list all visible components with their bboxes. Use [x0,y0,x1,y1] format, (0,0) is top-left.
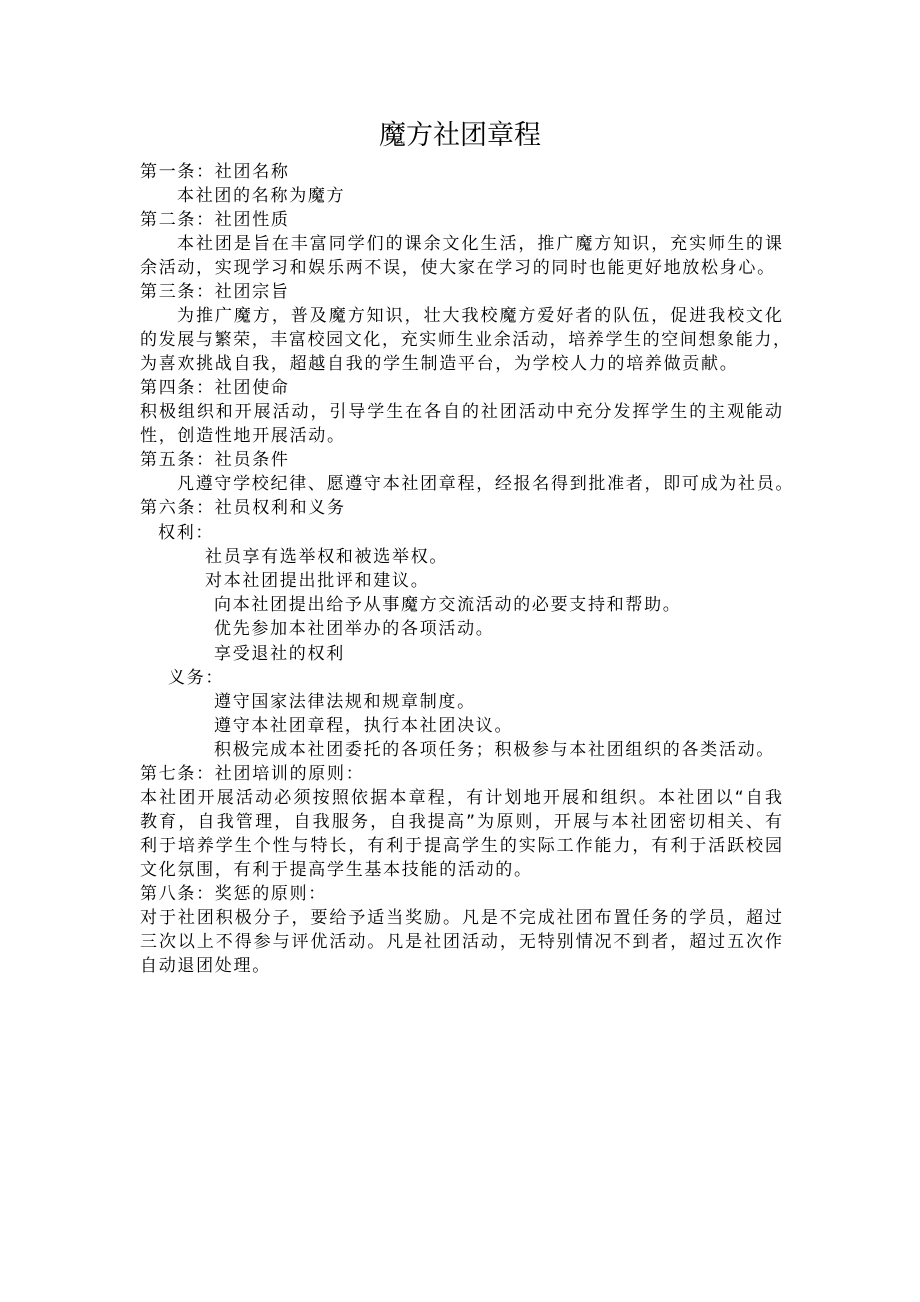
paragraph-line: 三次以上不得参与评优活动。凡是社团活动，无特别情况不到者，超过五次作 [140,930,782,954]
paragraph-line: 自动退团处理。 [140,954,271,978]
paragraph-line: 为推广魔方，普及魔方知识，壮大我校魔方爱好者的队伍，促进我校文化 [177,304,782,328]
paragraph-line: 为喜欢挑战自我，超越自我的学生制造平台，为学校人力的培养做贡献。 [140,352,738,376]
paragraph-line: 对于社团积极分子，要给予适当奖励。凡是不完成社团布置任务的学员，超过 [140,906,782,930]
paragraph-line: 性，创造性地开展活动。 [140,424,346,448]
article-heading: 第七条：社团培训的原则： [140,762,364,786]
document-title: 魔方社团章程 [0,118,920,154]
list-item: 遵守国家法律法规和规章制度。 [214,690,476,714]
list-item: 向本社团提出给予从事魔方交流活动的必要支持和帮助。 [214,593,682,617]
paragraph-line: 余活动，实现学习和娱乐两不误，使大家在学习的同时也能更好地放松身心。 [140,256,776,280]
section-subheading: 权利： [158,521,214,545]
list-item: 享受退社的权利 [214,642,345,666]
list-item: 遵守本社团章程，执行本社团决议。 [214,714,513,738]
section-subheading: 义务： [168,666,224,690]
paragraph-line: 积极组织和开展活动，引导学生在各自的社团活动中充分发挥学生的主观能动 [140,400,782,424]
list-item: 积极完成本社团委托的各项任务；积极参与本社团组织的各类活动。 [214,738,775,762]
paragraph-line: 教育，自我管理，自我服务，自我提高”为原则，开展与本社团密切相关、有 [140,810,782,834]
paragraph-line: 凡遵守学校纪律、愿遵守本社团章程，经报名得到批准者，即可成为社员。 [177,472,794,496]
list-item: 优先参加本社团举办的各项活动。 [214,617,495,641]
document-page: 魔方社团章程 第一条：社团名称本社团的名称为魔方第二条：社团性质本社团是旨在丰富… [0,0,920,1302]
article-heading: 第二条：社团性质 [140,208,290,232]
article-heading: 第六条：社员权利和义务 [140,496,346,520]
paragraph-line: 本社团开展活动必须按照依据本章程，有计划地开展和组织。本社团以“自我 [140,786,782,810]
paragraph-line: 本社团是旨在丰富同学们的课余文化生活，推广魔方知识，充实师生的课 [177,232,782,256]
article-heading: 第四条：社团使命 [140,376,290,400]
article-heading: 第五条：社员条件 [140,448,290,472]
paragraph-line: 利于培养学生个性与特长，有利于提高学生的实际工作能力，有利于活跃校园 [140,834,782,858]
article-heading: 第三条：社团宗旨 [140,280,290,304]
list-item: 对本社团提出批评和建议。 [205,569,429,593]
paragraph-line: 的发展与繁荣，丰富校园文化，充实师生业余活动，培养学生的空间想象能力， [140,328,790,352]
article-heading: 第八条：奖惩的原则： [140,882,327,906]
list-item: 社员享有选举权和被选举权。 [205,545,448,569]
article-heading: 第一条：社团名称 [140,160,290,184]
paragraph-line: 文化氛围，有利于提高学生基本技能的活动的。 [140,858,533,882]
paragraph-line: 本社团的名称为魔方 [177,184,345,208]
